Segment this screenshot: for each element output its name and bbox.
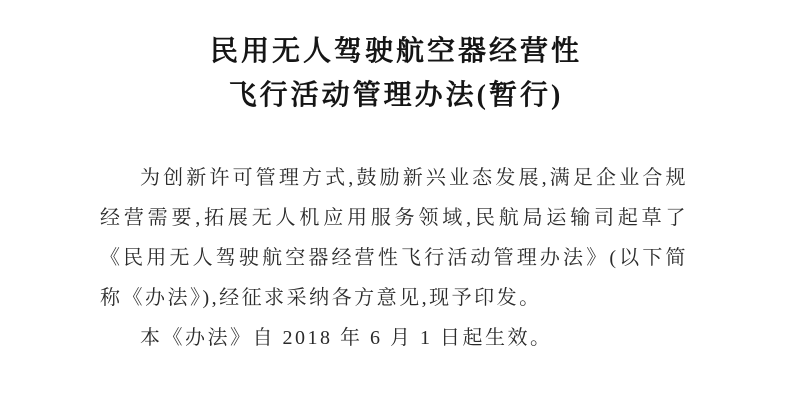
- document-page: 民用无人驾驶航空器经营性 飞行活动管理办法(暂行) 为创新许可管理方式,鼓励新兴…: [0, 0, 792, 404]
- body-paragraph-effective-date: 本《办法》自 2018 年 6 月 1 日起生效。: [100, 318, 688, 358]
- document-title: 民用无人驾驶航空器经营性 飞行活动管理办法(暂行): [40, 30, 752, 118]
- body-paragraph-intro: 为创新许可管理方式,鼓励新兴业态发展,满足企业合规经营需要,拓展无人机应用服务领…: [100, 158, 688, 318]
- document-body: 为创新许可管理方式,鼓励新兴业态发展,满足企业合规经营需要,拓展无人机应用服务领…: [100, 158, 688, 358]
- document-title-line-2: 飞行活动管理办法(暂行): [40, 74, 752, 118]
- document-title-line-1: 民用无人驾驶航空器经营性: [40, 30, 752, 74]
